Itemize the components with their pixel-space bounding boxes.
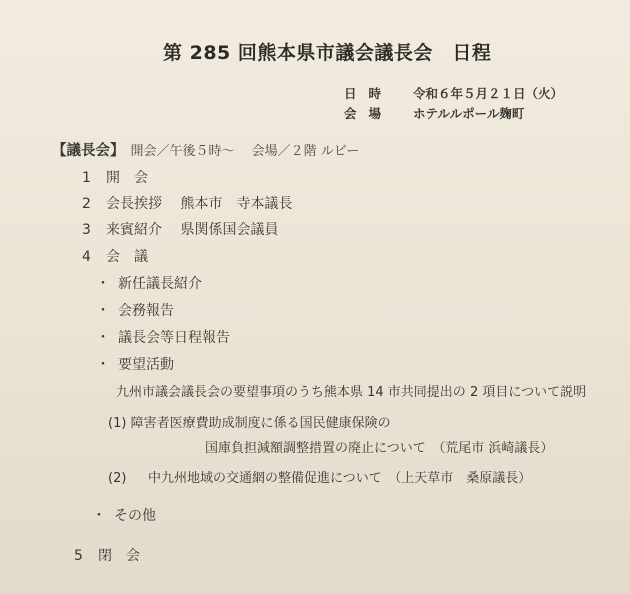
agenda-label: 会 議: [106, 249, 148, 265]
section-info: 開会／午後５時～ 会場／２階 ルビー: [131, 144, 360, 159]
request-item-text: 中九州地域の交通網の整備促進について （上天草市 桑原議長）: [148, 471, 531, 486]
date-label: 日時: [344, 84, 393, 102]
sub-item-label: 新任議長紹介: [118, 276, 202, 292]
bullet-icon: ・: [96, 354, 118, 374]
agenda-item-3: 3来賓紹介 県関係国会議員: [82, 219, 278, 239]
bullet-icon: ・: [92, 505, 114, 525]
agenda-num: 5: [74, 548, 98, 564]
agenda-label: 会長挨拶 熊本市 寺本議長: [106, 196, 292, 212]
agenda-num: 2: [82, 196, 106, 212]
sub-item-label: 要望活動: [118, 357, 174, 373]
agenda-item-2: 2会長挨拶 熊本市 寺本議長: [82, 193, 292, 213]
request-item-1: (1) 障害者医療費助成制度に係る国民健康保険の: [108, 412, 391, 431]
sub-item: ・新任議長紹介: [96, 273, 202, 293]
request-item-1-cont: 国庫負担減額調整措置の廃止について （荒尾市 浜崎議長）: [205, 437, 553, 456]
bullet-icon: ・: [96, 327, 118, 347]
sub-item-other: ・その他: [92, 505, 156, 525]
agenda-item-4: 4会 議: [82, 246, 148, 266]
venue-label: 会場: [344, 104, 393, 122]
request-intro: 九州市議会議長会の要望事項のうち熊本県 14 市共同提出の 2 項目について説明: [116, 381, 586, 400]
request-item-num: (2): [108, 471, 148, 486]
request-item-2: (2)中九州地域の交通網の整備促進について （上天草市 桑原議長）: [108, 467, 531, 486]
venue-value: ホテルルポール麹町: [413, 104, 524, 122]
agenda-label: 閉 会: [98, 548, 140, 564]
bullet-icon: ・: [96, 300, 118, 320]
agenda-label: 開 会: [106, 170, 148, 186]
section-heading: 【議長会】開会／午後５時～ 会場／２階 ルビー: [52, 139, 359, 160]
agenda-label: 来賓紹介 県関係国会議員: [106, 222, 278, 238]
agenda-num: 4: [82, 249, 106, 265]
date-value: 令和６年５月２１日（火）: [413, 84, 563, 102]
section-title: 【議長会】: [52, 143, 125, 159]
sub-item-label: その他: [114, 508, 156, 524]
sub-item: ・要望活動: [96, 354, 174, 374]
agenda-num: 1: [82, 170, 106, 186]
agenda-num: 3: [82, 222, 106, 238]
request-item-text: 障害者医療費助成制度に係る国民健康保険の: [131, 416, 391, 431]
request-item-num: (1): [108, 416, 126, 431]
sub-item: ・会務報告: [96, 300, 174, 320]
page-title: 第 285 回熊本県市議会議長会 日程: [163, 38, 491, 65]
sub-item-label: 議長会等日程報告: [118, 330, 230, 346]
agenda-item-1: 1開 会: [82, 167, 148, 187]
sub-item: ・議長会等日程報告: [96, 327, 230, 347]
agenda-item-5: 5閉 会: [74, 545, 140, 565]
sub-item-label: 会務報告: [118, 303, 174, 319]
bullet-icon: ・: [96, 273, 118, 293]
